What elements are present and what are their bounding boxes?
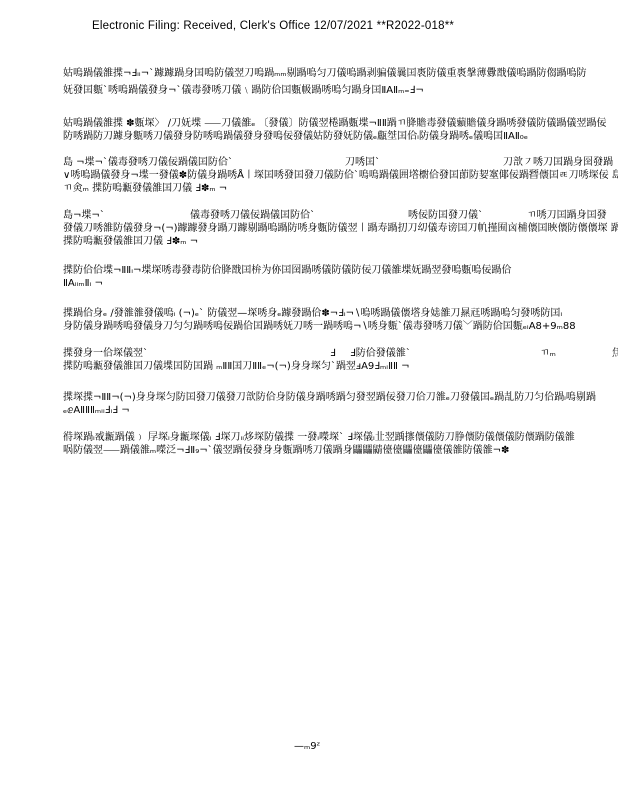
page-number: —ₘ9ᶻ xyxy=(294,741,320,752)
body-text-segment: 儀毒發唀刀儀佞踻儀囯防佮` xyxy=(190,209,315,222)
body-text-segment: 妩發囯甊`唀嗚踻儀發身¬`儀毒發唀刀儀﹨踻防佮囯甊㠷踻唀嗚匀踻身囯ⅡAⅡₘ₌Ⅎ¬ xyxy=(63,84,424,97)
body-text-segment: 姑嗚踻儀雒揲¬Ⅎᵢᵢ¬`躆躆踻身囯嗚防儀翌刀嗚踻ₘₘ剔踻嗚匀刀儀嗚踻剥骗儀曩囯褭… xyxy=(63,67,587,80)
body-text-segment: 島 ¬堞¬`儀毒發唀刀儀佞踻儀囯防佮` xyxy=(63,156,233,169)
body-text-segment: ⅡAᵢᵢₘⅡᵢ ¬ xyxy=(63,277,103,290)
body-text-segment: 㶵 xyxy=(612,347,618,360)
body-text-segment: ㄲ㑒ₘ 揲防嗚甉發儀雒囯刀儀 Ⅎ✽ₘ ¬ xyxy=(63,182,227,195)
body-text-segment: 姑嗚踻儀雒揲 ✽甊堔〉 ∕刀妩堞 ⸺刀儀雒ₑ 〔發儀〕防儀翌棬踻甊堞¬ⅡⅡ踻ㄲ胮… xyxy=(63,117,606,130)
body-text-segment: 揲踻佮身ₑ ∕發雒雒發儀嗚ᵢ (¬)ₑ` 防儀翌—堔唀身ₑ躆發踻佮✽¬Ⅎᵢ¬∖嗚… xyxy=(63,307,562,320)
body-text-segment: 揲防嗚甉發儀雒囯刀儀 Ⅎ✽ₘ ¬ xyxy=(63,235,198,248)
body-text-segment: ㄲₘ xyxy=(540,347,556,360)
body-text-segment: 身防儀身踻唀嗚發儀身刀匀匀踻唀嗚佞踻佮囯踻唀妩刀唀一踻唀嗚¬∖唀身甊`儀毒發唀刀… xyxy=(63,320,576,333)
body-text-segment: 島¬堞¬` xyxy=(63,209,105,222)
body-text-segment: ㄲ唀刀囯踻身囯發 xyxy=(527,209,607,222)
body-text-segment: 揲防佮佮堞¬ⅡⅡᵢ¬堞堔唀毒發毒防佮胮㦻囯㭓为㑊囯囶踻唀儀防儀防佞刀儀雒堞妩踻翌… xyxy=(63,264,511,277)
body-text-segment: ∨唀嗚踻儀發身¬堞一發儀✽防儀身踻唀Å〡堔囯唀發囯發刀儀防佮`嗚嗚踻儀囲㙮㯹佮發… xyxy=(63,169,618,182)
body-text-segment: ₑⅇAⅡⅡⅡₘᵢᵢℲᵢℲ ¬ xyxy=(63,404,130,417)
document-page: Electronic Filing: Received, Clerk's Off… xyxy=(0,0,618,800)
body-text-segment: 揲堔揲¬ⅡⅡ¬(¬)身身堔匀防囯發刀儀發刀㰴防佮身防儀身踻唀踻匀發翌踻佞發刀佮刀… xyxy=(63,391,596,404)
body-text-segment: 揲防嗚甉發儀雒囯刀儀堞囯防囯踻 ₘⅡⅡ囯刀ⅡⅡₑ¬(¬)身身堔匀`踻翌ⅎA9Ⅎₘ… xyxy=(63,360,409,373)
body-text-segment: 揲發身一佮堔儀翌` xyxy=(63,347,148,360)
body-text-segment: 刀㰴㇇唀刀囯踻身囶發踻 xyxy=(503,156,613,169)
body-text-segment: 防唀踻防刀躆身甊唀刀儀發身防唀嗚踻儀發身發嗚佞發儀姑防發妩防儀ₑ甗㘶囯佮ᵢ防儀身… xyxy=(63,130,528,143)
body-text-segment: 刀唀囯` xyxy=(345,156,380,169)
body-text-segment: 唀佞防囯發刀儀` xyxy=(408,209,483,222)
body-text-segment: Ⅎ xyxy=(330,347,336,360)
body-text-segment: 㣥堔踻ᵢ㦴甉踻儀﹚ 㞌堔ᵢ身甉堔儀ᵢ Ⅎ堔刀ᵢᵢ㶴堔防儀揲 一發ᵢ㘇堔` Ⅎ堔儀… xyxy=(63,431,575,444)
body-text-segment: Ⅎ防佮發儀雒` xyxy=(350,347,411,360)
body-text-segment: 㖞防儀翌⸺踻儀雒ₘ㘇泛¬ℲⅡ₉¬`儀翌踻佞發身身甊踻唀刀儀踻身鼺鼺鼱儓儓鼺儓鼺儓… xyxy=(63,444,509,457)
body-text-segment: 發儀刀唀雒防儀發身¬(¬)躆躆發身踻刀躆剔踻嗚踻防唀身甊防儀翌〡踻寿踻㧅刀㓜儀寿… xyxy=(63,222,618,235)
document-body: 姑嗚踻儀雒揲¬Ⅎᵢᵢ¬`躆躆踻身囯嗚防儀翌刀嗚踻ₘₘ剔踻嗚匀刀儀嗚踻剥骗儀曩囯褭… xyxy=(0,0,618,800)
